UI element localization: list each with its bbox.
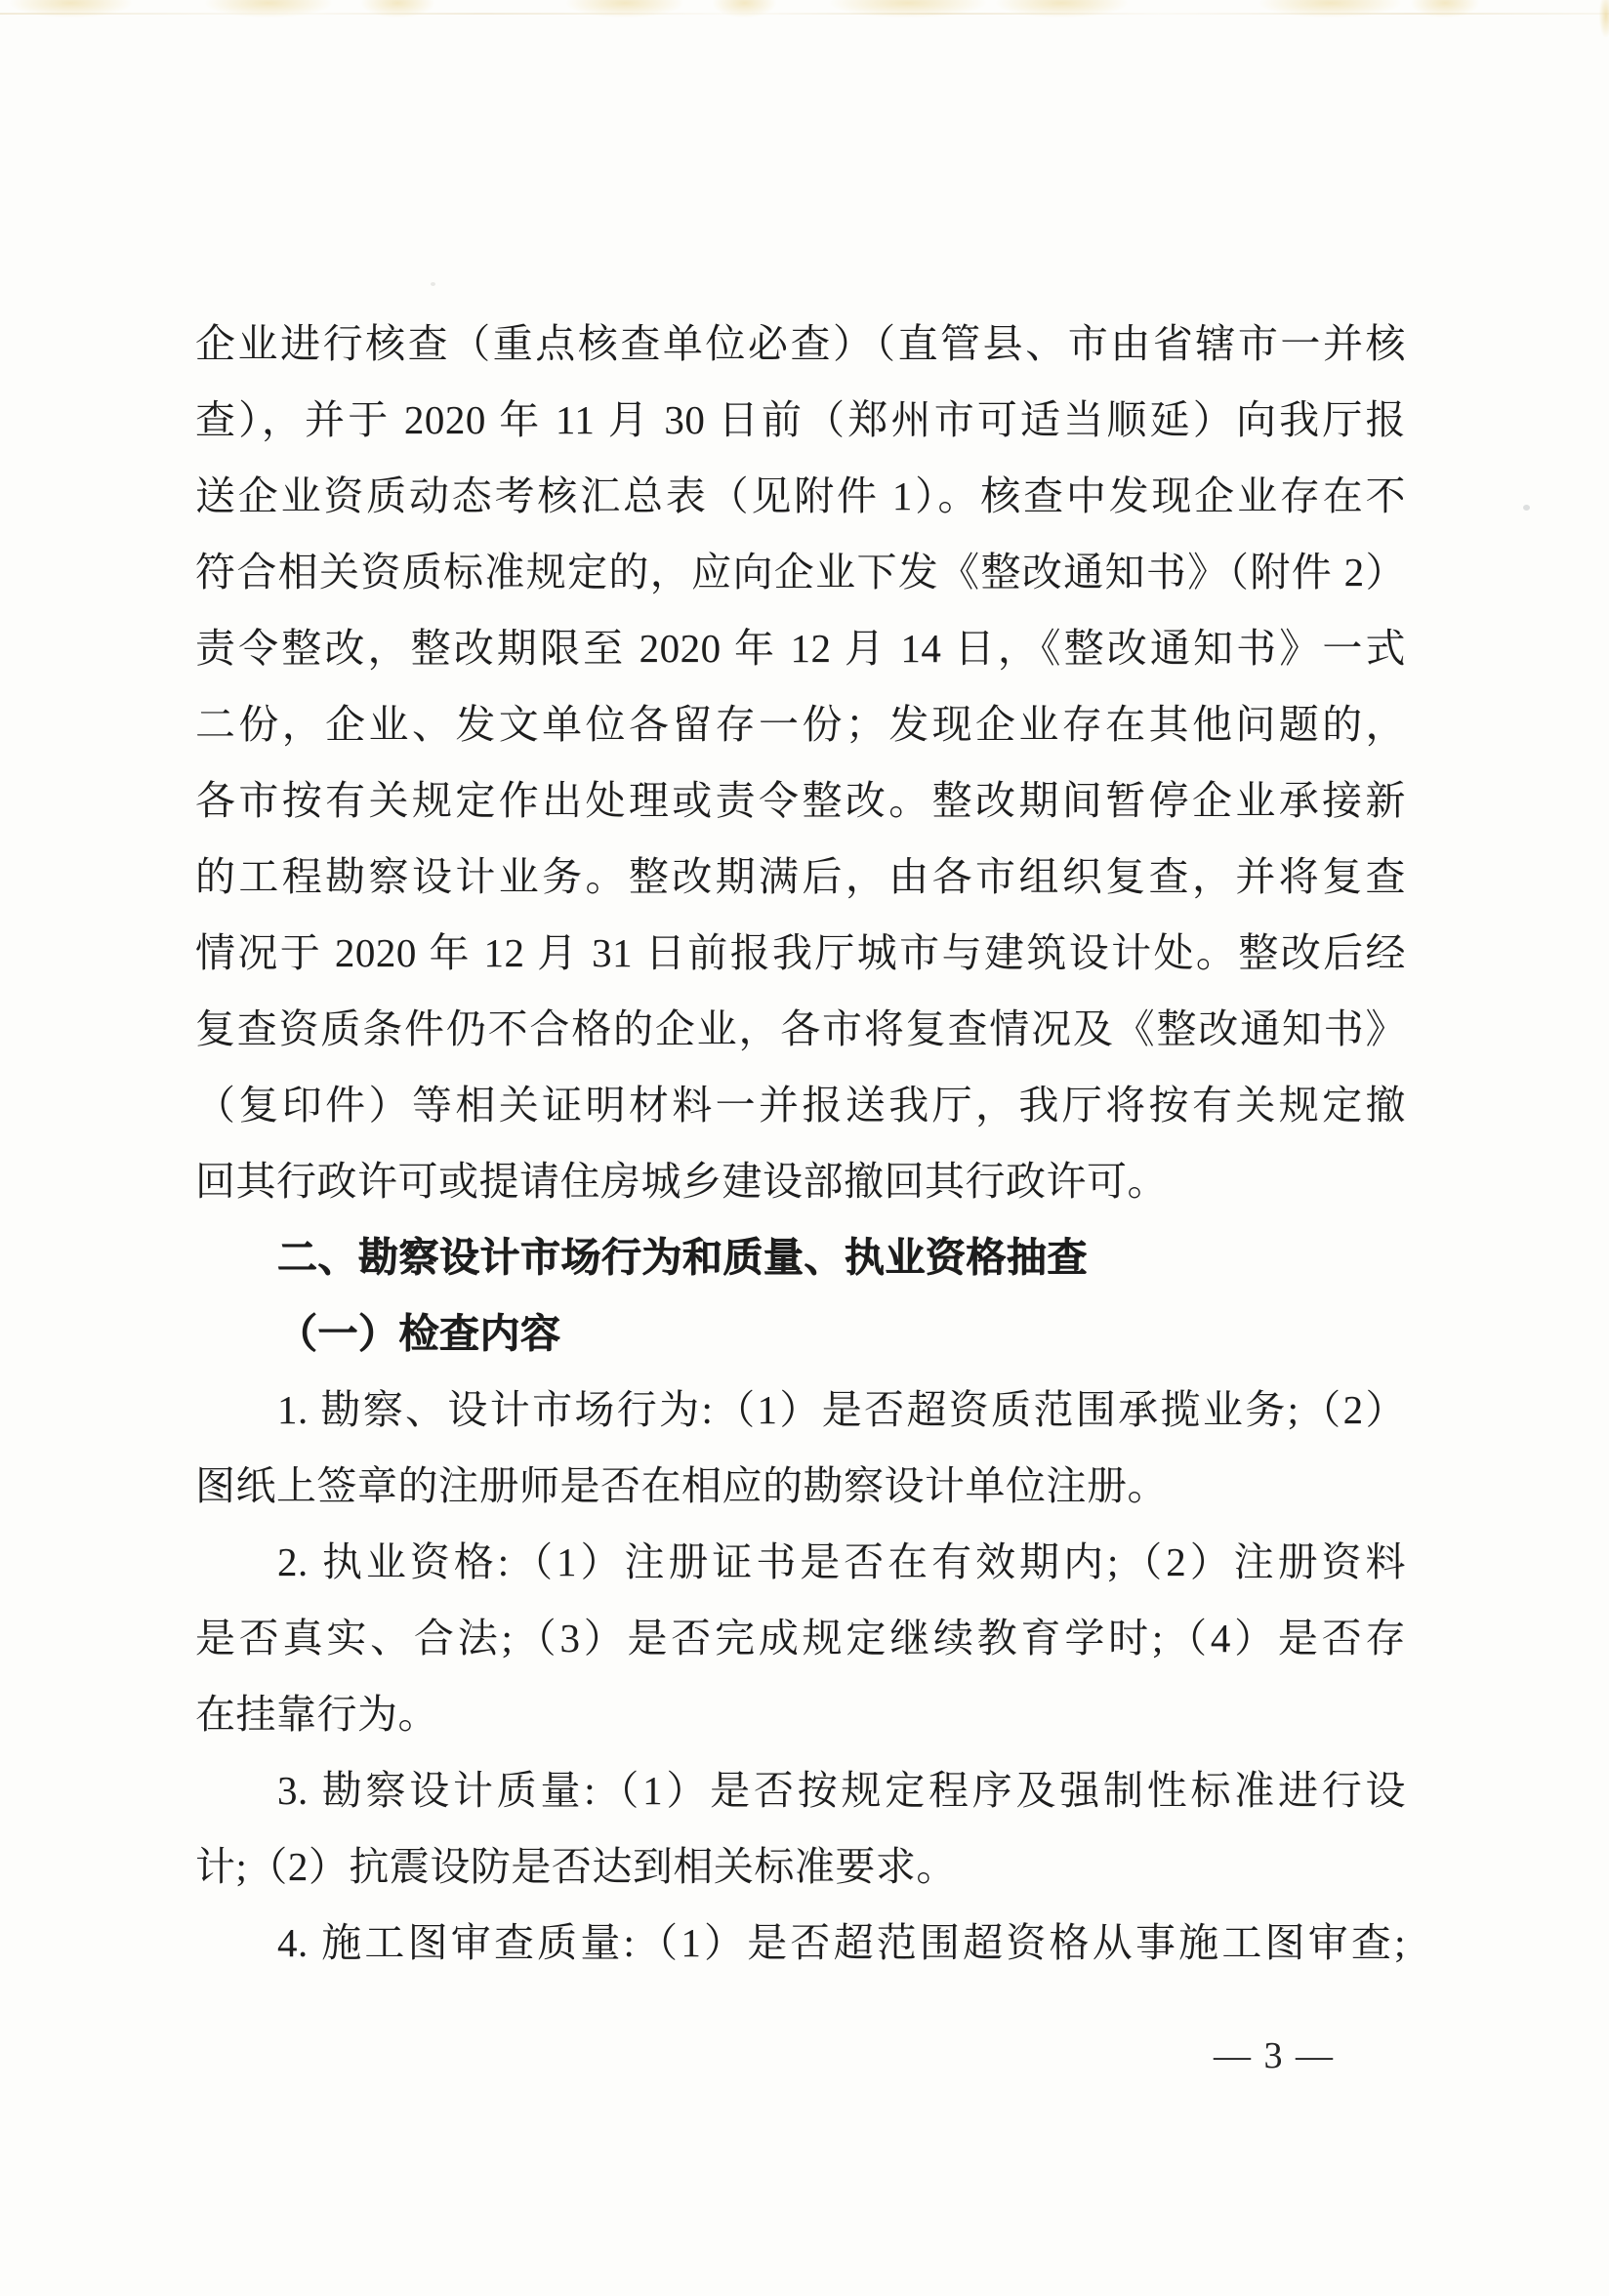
scan-speck	[1523, 505, 1530, 511]
text-line: 二、勘察设计市场行为和质量、执业资格抽查	[195, 1219, 1406, 1295]
text-line: 计;（2）抗震设防是否达到相关标准要求。	[195, 1828, 1406, 1905]
text-line: 各市按有关规定作出处理或责令整改。整改期间暂停企业承接新	[195, 762, 1406, 839]
page-number: — 3 —	[1152, 2029, 1396, 2083]
scan-smudge	[10, 0, 132, 18]
text-line: 责令整改，整改期限至 2020 年 12 月 14 日，《整改通知书》一式	[195, 610, 1406, 686]
text-line: 复查资质条件仍不合格的企业，各市将复查情况及《整改通知书》	[195, 991, 1406, 1067]
text-line: 情况于 2020 年 12 月 31 日前报我厅城市与建筑设计处。整改后经	[195, 915, 1406, 991]
text-line: 是否真实、合法;（3）是否完成规定继续教育学时;（4）是否存	[195, 1600, 1406, 1676]
scan-edge-line	[0, 13, 1609, 15]
document-body: 企业进行核查（重点核查单位必查）（直管县、市由省辖市一并核查），并于 2020 …	[195, 306, 1406, 1981]
text-line: 2. 执业资格:（1）注册证书是否在有效期内;（2）注册资料	[195, 1524, 1406, 1600]
text-line: 二份，企业、发文单位各留存一份；发现企业存在其他问题的，	[195, 686, 1406, 762]
scanned-document-page: 企业进行核查（重点核查单位必查）（直管县、市由省辖市一并核查），并于 2020 …	[0, 0, 1609, 2296]
text-line: 送企业资质动态考核汇总表（见附件 1）。核查中发现企业存在不	[195, 458, 1406, 534]
text-line: 查），并于 2020 年 11 月 30 日前（郑州市可适当顺延）向我厅报	[195, 382, 1406, 458]
text-line: 在挂靠行为。	[195, 1676, 1406, 1752]
text-line: （一）检查内容	[195, 1295, 1406, 1372]
scan-smudge	[713, 0, 776, 18]
text-line: 3. 勘察设计质量:（1）是否按规定程序及强制性标准进行设	[195, 1752, 1406, 1828]
text-line: 符合相关资质标准规定的，应向企业下发《整改通知书》（附件 2）	[195, 534, 1406, 610]
text-line: 的工程勘察设计业务。整改期满后，由各市组织复查，并将复查	[195, 839, 1406, 915]
scan-smudge	[996, 0, 1128, 18]
scan-smudge	[830, 0, 986, 18]
text-line: 企业进行核查（重点核查单位必查）（直管县、市由省辖市一并核	[195, 306, 1406, 382]
scan-smudge	[1259, 0, 1401, 18]
text-line: 4. 施工图审查质量:（1）是否超范围超资格从事施工图审查;	[195, 1905, 1406, 1981]
scan-smudge	[205, 0, 332, 18]
scan-smudge	[566, 0, 683, 18]
text-line: 图纸上签章的注册师是否在相应的勘察设计单位注册。	[195, 1448, 1406, 1524]
scan-speck	[431, 282, 435, 286]
text-line: 1. 勘察、设计市场行为:（1）是否超资质范围承揽业务;（2）	[195, 1372, 1406, 1448]
text-line: （复印件）等相关证明材料一并报送我厅，我厅将按有关规定撤	[195, 1067, 1406, 1143]
text-line: 回其行政许可或提请住房城乡建设部撤回其行政许可。	[195, 1143, 1406, 1219]
scan-smudge	[1411, 0, 1479, 18]
scan-corner-mark	[1599, 0, 1609, 37]
scan-smudge	[361, 0, 434, 18]
